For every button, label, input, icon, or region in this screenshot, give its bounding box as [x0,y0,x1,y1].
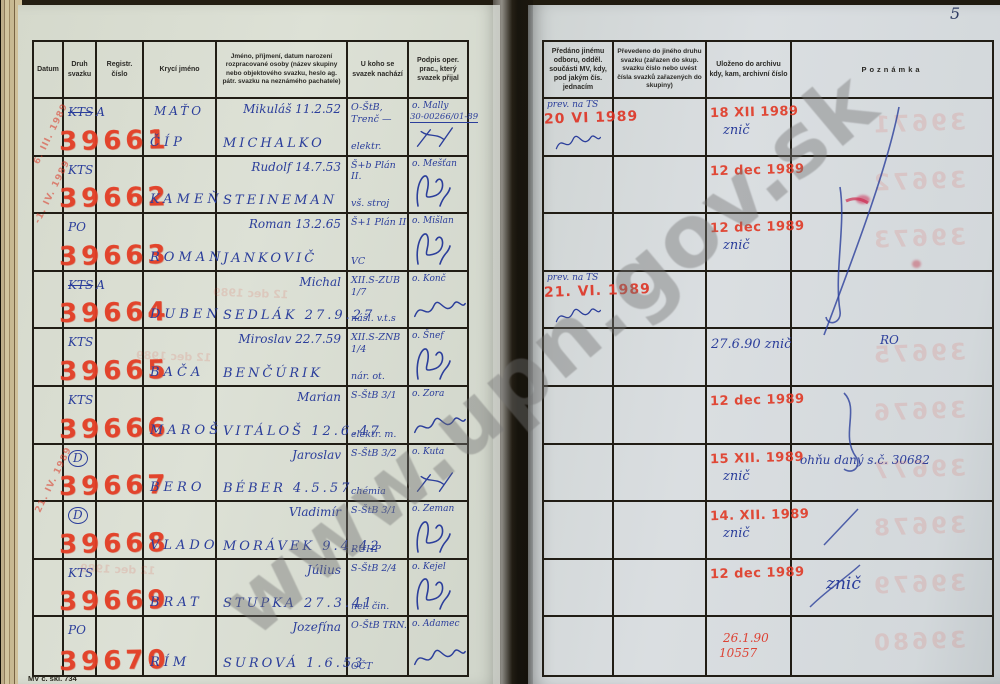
holder-detail: VC [351,256,365,267]
officer-name: o. Zora [412,389,444,399]
holder-cell: XII.S-ZUB 1/7nášl. v.t.s [348,272,409,330]
cover-name: BRAT [150,595,203,610]
officer-signature [412,512,452,556]
handover-cell: prev. na TS20 VI 1989 [544,99,614,157]
officer-signature [412,224,452,268]
cover-name: DUBEN [150,307,222,322]
archive-date-stamp: 12 dec 1989 [710,392,805,409]
registry-book-photo: Datum Druh svazku Registr. číslo Krycí j… [0,0,1000,684]
cover-name: BERO [150,480,206,495]
transfer-cell [614,387,707,445]
signature-cell: o. Zora [409,387,467,445]
registration-number-cell: 39670 [97,617,144,675]
holder-unit: S-ŠtB 3/1 [351,390,397,402]
archive-cell: 12 dec 1989znič [707,214,792,272]
holder-detail: vš. stroj [351,198,389,209]
signature-cell: o. Kejel [409,560,467,618]
ink-transfer-ghost-number: 39680 [871,628,967,657]
ink-transfer-ghost-number: 39675 [871,340,967,369]
holder-detail: chémia [351,486,386,497]
handover-cell [544,617,614,675]
officer-name: o. Adamec [412,619,460,629]
ink-transfer-ghost-number: 39672 [871,167,967,196]
cover-name-cell: ROMAN [144,214,217,272]
cover-name: MAROŠ [150,423,222,438]
ink-transfer-ghost: 12 dec 1989 [80,562,156,578]
first-name-birthdate: Michal [299,275,341,289]
archive-date-stamp: 12 dec 1989 [710,161,805,178]
ink-transfer-ghost-number: 39678 [871,513,967,542]
signature-cell: o. Mally30-00266/01-89 [409,99,467,157]
column-header-jmeno-prijmeni: Jméno, příjmení, datum narození rozpraco… [217,42,348,99]
registration-number-cell: 39662 [97,157,144,215]
officer-name: o. Kuta [412,447,444,457]
holder-detail: elektr. [351,141,381,152]
note-cell: 39671 [792,99,992,157]
signature-cell: o. Mišlan [409,214,467,272]
ink-smudge [912,260,921,268]
first-name-birthdate: Jaroslav [292,448,341,462]
note-cell: RO39675 [792,329,992,387]
cover-name: RÍM [150,655,190,670]
archive-cell: 27.6.90 znič [707,329,792,387]
signature-cell: o. Konč [409,272,467,330]
holder-detail: elektr. m. [351,429,396,440]
file-type-note: D [68,451,88,465]
file-type-note: KTS [68,335,93,349]
holder-unit: XII.S-ZUB 1/7 [351,275,407,299]
first-name-birthdate: Július [307,563,341,577]
destroy-note: znič [723,526,750,541]
left-registry-table: Datum Druh svazku Registr. číslo Krycí j… [32,40,469,677]
handover-cell [544,157,614,215]
holder-unit: S-ŠtB 2/4 [351,563,397,575]
holder-unit: XII.S-ZNB 1/4 [351,332,407,356]
note-cell: 39673 [792,214,992,272]
archive-cell: 12 dec 1989 [707,387,792,445]
officer-signature [412,468,467,498]
surname: JANKOVIČ [223,251,317,266]
archive-cell: 18 XII 1989znič [707,99,792,157]
transfer-cell [614,445,707,503]
archive-cell: 12 dec 1989 [707,157,792,215]
holder-unit: O-ŠtB TRN. [351,620,407,632]
archive-number-handwritten: 10557 [719,646,757,660]
holder-cell: S-ŠtB 3/2chémia [348,445,409,503]
officer-signature [412,411,467,441]
person-name-cell: Miroslav 22.7.59BENČÚRIK [217,329,348,387]
holder-detail: nel. čin. [351,601,389,612]
officer-signature [412,643,467,673]
officer-signature [412,569,452,613]
signature-cell: o. Kuta [409,445,467,503]
handover-cell [544,329,614,387]
handover-cell [544,445,614,503]
holder-cell: Š+b Plán II.vš. stroj [348,157,409,215]
note-cell: znič39679 [792,560,992,618]
officer-signature [412,166,452,210]
holder-unit: S-ŠtB 3/1 [351,505,397,517]
person-name-cell: JaroslavBÉBER 4.5.57 [217,445,348,503]
archive-cell: 26.1.9010557 [707,617,792,675]
note-cell: ohňu daný s.č. 3068239677 [792,445,992,503]
surname: BÉBER 4.5.57 [223,481,352,496]
holder-cell: O-ŠtB, Trenč —elektr. [348,99,409,157]
person-name-cell: Roman 13.2.65JANKOVIČ [217,214,348,272]
registration-number-cell: 39668 [97,502,144,560]
transfer-cell [614,272,707,330]
note-text: znič [826,574,861,594]
registration-number-cell: 39661 [97,99,144,157]
first-name-birthdate: Vladimír [289,505,341,519]
holder-cell: S-ŠtB 2/4nel. čin. [348,560,409,618]
officer-signature [554,304,602,328]
surname: MICHALKO [223,136,325,151]
transfer-cell [614,99,707,157]
holder-detail: nášl. v.t.s [351,313,396,324]
destroy-note: 27.6.90 znič [711,337,791,352]
cover-name-cell: MAROŠ [144,387,217,445]
ink-smudge [856,195,870,204]
file-reference-number: 30-00266/01-89 [410,112,478,123]
surname: BENČÚRIK [223,366,323,381]
archive-date-stamp: 12 dec 1989 [710,565,805,582]
column-header-registr-cislo: Registr. číslo [97,42,144,99]
ink-transfer-ghost-number: 39671 [871,109,967,138]
cover-name-cell: DUBEN [144,272,217,330]
handover-cell: prev. na TS21. VI. 1989 [544,272,614,330]
page-number: 5 [950,4,960,23]
archive-cell: 12 dec 1989 [707,560,792,618]
holder-detail: RUHP [351,544,381,555]
cover-name: ROMAN [150,250,225,265]
note-cell: 39672 [792,157,992,215]
transfer-cell [614,329,707,387]
note-cell [792,272,992,330]
holder-cell: S-ŠtB 3/1RUHP [348,502,409,560]
destroy-note: znič [723,238,750,253]
cover-name: KAMEŇ [150,192,223,207]
right-page: Předáno jinému odboru, odděl. součásti M… [528,5,1000,684]
cover-name: ČÍP [150,135,186,150]
transfer-cell [614,157,707,215]
column-header-u-koho: U koho se svazek nachází [348,42,409,99]
first-name-birthdate: Mikuláš 11.2.52 [243,102,341,116]
first-name-birthdate: Roman 13.2.65 [249,217,341,231]
ink-transfer-ghost-number: 39679 [871,570,967,599]
handover-note: prev. na TS [547,100,598,110]
surname: SUROVÁ 1.6.53 [223,656,365,671]
first-name-birthdate: Miroslav 22.7.59 [238,332,341,346]
transfer-cell [614,214,707,272]
signature-cell: o. Šnef [409,329,467,387]
ink-transfer-ghost: 12 dec 1989 [136,349,212,365]
registration-number-cell: 39666 [97,387,144,445]
archive-cell [707,272,792,330]
signature-cell: o. Mešťan [409,157,467,215]
officer-signature [412,339,452,383]
signature-cell: o. Zeman [409,502,467,560]
handover-cell [544,214,614,272]
column-header-kryci-jmeno: Krycí jméno [144,42,217,99]
archive-date-stamp: 15 XII. 1989 [710,449,804,466]
holder-detail: OČT [351,661,372,672]
first-name-birthdate: Jozefína [292,620,341,634]
right-registry-table: Předáno jinému odboru, odděl. součásti M… [542,40,994,677]
left-page: Datum Druh svazku Registr. číslo Krycí j… [18,5,500,684]
cover-name-cell: VLADO [144,502,217,560]
officer-signature [554,131,602,155]
destroy-note: znič [723,469,750,484]
person-name-cell: JozefínaSUROVÁ 1.6.53 [217,617,348,675]
holder-detail: nár. ot. [351,371,385,382]
column-header-predano: Předáno jinému odboru, odděl. součásti M… [544,42,614,99]
file-type-note: PO [68,220,86,234]
holder-cell: Š+1 Plán IIVC [348,214,409,272]
cover-name-cell: BERO [144,445,217,503]
cover-name-cell: KAMEŇ [144,157,217,215]
column-header-poznamka: Poznámka [792,42,992,99]
holder-unit: Š+1 Plán II [351,217,406,229]
column-header-prevedeno: Převedeno do jiného druhu svazku (zařaze… [614,42,707,99]
ink-transfer-ghost: 12 dec 1989 [213,286,289,302]
registration-number-cell: 39663 [97,214,144,272]
cover-name: VLADO [150,538,219,553]
person-name-cell: Rudolf 14.7.53STEINEMAN [217,157,348,215]
archive-cell: 15 XII. 1989znič [707,445,792,503]
file-type-note: KTS [68,393,93,407]
transfer-cell [614,502,707,560]
file-type-note: KTS [68,163,93,177]
column-header-podpis: Podpis oper. prac., který svazek přijal [409,42,467,99]
ink-transfer-ghost-number: 39676 [871,397,967,426]
archive-cell: 14. XII. 1989znič [707,502,792,560]
transfer-cell [614,560,707,618]
holder-unit: Š+b Plán II. [351,160,407,184]
cover-name-cell: RÍM [144,617,217,675]
cover-name-cell: MAŤOČÍP [144,99,217,157]
holder-cell: XII.S-ZNB 1/4nár. ot. [348,329,409,387]
person-name-cell: Mikuláš 11.2.52MICHALKO [217,99,348,157]
person-name-cell: JúliusSTUPKA 27.3.41 [217,560,348,618]
archive-date-stamp: 12 dec 1989 [710,219,805,236]
file-type-note: D [68,508,88,522]
holder-unit: O-ŠtB, Trenč — [351,102,407,126]
person-name-cell: MarianVITÁLOŠ 12.6.47 [217,387,348,445]
note-cell: 39680 [792,617,992,675]
ink-transfer-ghost-number: 39677 [871,455,967,484]
handover-note: prev. na TS [547,273,598,283]
cover-name-old: MAŤO [154,104,204,118]
officer-name: o. Mally [412,101,448,111]
form-code: MV č. skl. 734 [28,674,77,683]
first-name-birthdate: Rudolf 14.7.53 [251,160,341,174]
book-gutter [493,0,533,684]
registration-number-cell: 39664 [97,272,144,330]
column-header-datum: Datum [34,42,64,99]
handover-cell [544,502,614,560]
note-cell: 39676 [792,387,992,445]
officer-signature [412,295,467,325]
signature-cell: o. Adamec [409,617,467,675]
person-name-cell: VladimírMORÁVEK 9.4.42 [217,502,348,560]
transfer-cell [614,617,707,675]
holder-cell: S-ŠtB 3/1elektr. m. [348,387,409,445]
first-name-birthdate: Marian [297,390,341,404]
archive-date-handwritten: 26.1.90 [723,631,769,645]
holder-cell: O-ŠtB TRN.OČT [348,617,409,675]
note-cell: 39678 [792,502,992,560]
file-type-note: PO [68,623,86,637]
archive-date-stamp: 18 XII 1989 [710,104,799,121]
destroy-note: znič [723,123,750,138]
officer-signature [412,123,467,153]
holder-unit: S-ŠtB 3/2 [351,448,397,460]
handover-cell [544,387,614,445]
handover-cell [544,560,614,618]
column-header-druh-svazku: Druh svazku [64,42,97,99]
surname: STEINEMAN [223,193,337,208]
officer-name: o. Konč [412,274,446,284]
cover-name: BAČA [150,365,204,380]
column-header-ulozeno: Uloženo do archivu kdy, kam, archivní čí… [707,42,792,99]
ink-transfer-ghost-number: 39673 [871,225,967,254]
registration-number-cell: 39667 [97,445,144,503]
